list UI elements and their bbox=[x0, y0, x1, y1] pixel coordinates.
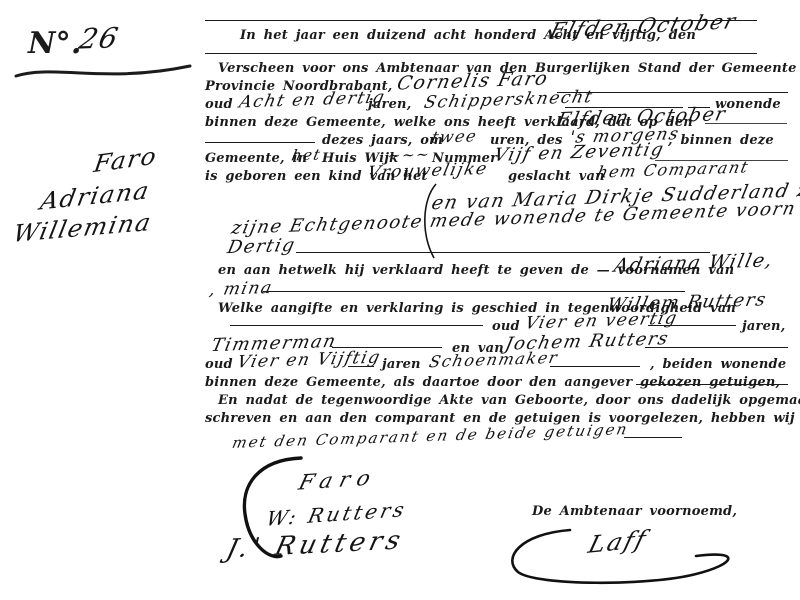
margin-child-middlename: Willemina bbox=[11, 208, 155, 248]
act-number-label: N°. bbox=[28, 26, 81, 61]
act-number-value: 26 bbox=[76, 21, 122, 55]
margin-child-surname: Faro bbox=[92, 142, 159, 178]
father-reference-entry: hem Comparant bbox=[595, 157, 751, 181]
act-line17-printed-a: oud bbox=[205, 357, 233, 372]
child-firstnames-entry: Adriana Wille, bbox=[612, 249, 776, 276]
mother-age-entry: Dertig bbox=[225, 235, 297, 258]
fill-line bbox=[230, 325, 483, 326]
signature-declarant: Faro bbox=[296, 465, 380, 494]
act-line18-printed: binnen deze Gemeente, als daartoe door d… bbox=[205, 375, 780, 390]
fill-line bbox=[205, 142, 315, 143]
fill-line bbox=[263, 291, 685, 292]
declarant-age-entry: Acht en dertig bbox=[237, 87, 387, 112]
act-line6-printed-c: , binnen deze bbox=[668, 133, 774, 148]
fill-line bbox=[648, 325, 736, 326]
fill-line bbox=[636, 384, 788, 385]
margin-flourish bbox=[14, 58, 194, 84]
birth-hour-entry: twee bbox=[430, 126, 479, 147]
fill-line bbox=[348, 366, 374, 367]
act-line19-printed: En nadat de tegenwoordige Akte van Geboo… bbox=[218, 393, 800, 408]
child-firstnames-entry-cont: , mina bbox=[208, 278, 275, 300]
act-line4-printed-a: oud bbox=[205, 97, 233, 112]
act-line8-printed-b: geslacht van bbox=[508, 169, 605, 184]
gender-entry: Vrouwelijke bbox=[365, 159, 489, 183]
witness2-age-entry: Vier en Vijftig bbox=[235, 348, 382, 373]
witness2-occupation-entry: Schoenmaker bbox=[427, 348, 560, 371]
divider bbox=[205, 53, 757, 54]
fill-line bbox=[624, 437, 682, 438]
fill-line bbox=[705, 123, 787, 124]
birth-certificate-scan: N°. 26 Faro Adriana Willemina In het jaa… bbox=[0, 0, 800, 600]
act-line15-printed-a: oud bbox=[492, 319, 520, 334]
fill-line bbox=[550, 366, 640, 367]
act-line15-printed-b: jaren, bbox=[742, 319, 785, 334]
act-line17-printed-b: jaren bbox=[382, 357, 421, 372]
act-line17-printed-c: , beiden wonende bbox=[650, 357, 786, 372]
fill-line bbox=[645, 347, 788, 348]
act-line4-printed-b: jaren, bbox=[368, 97, 411, 112]
date-entry: Elfden October bbox=[547, 9, 739, 43]
het-entry: het bbox=[290, 145, 323, 164]
